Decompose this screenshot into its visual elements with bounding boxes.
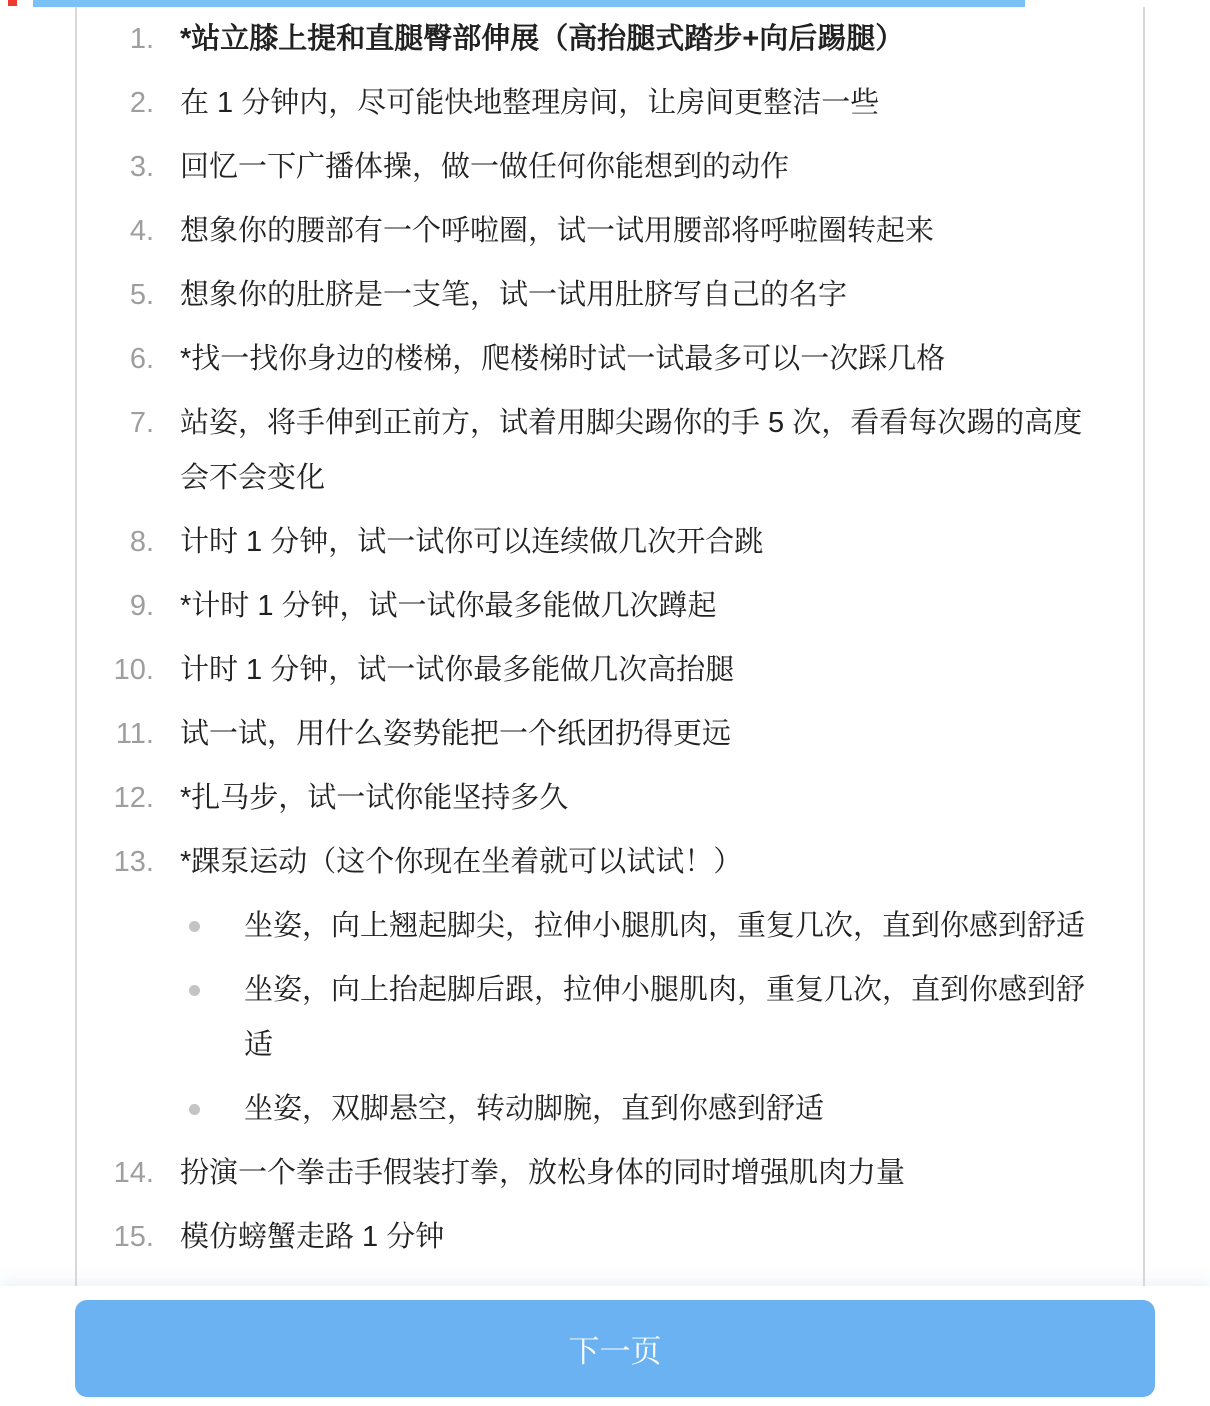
list-item: 3.回忆一下广播体操，做一做任何你能想到的动作: [77, 140, 1143, 195]
item-text: 在 1 分钟内，尽可能快地整理房间，让房间更整洁一些: [180, 76, 1143, 131]
item-text: 模仿螃蟹走路 1 分钟: [180, 1210, 1143, 1265]
item-number: 2.: [77, 76, 180, 131]
bullet-icon: [189, 985, 200, 996]
progress-bar: [33, 0, 1025, 7]
item-text-line: 在 1 分钟内，尽可能快地整理房间，让房间更整洁一些: [180, 76, 1101, 131]
item-text: 站姿，将手伸到正前方，试着用脚尖踢你的手 5 次，看看每次踢的高度会不会变化: [180, 396, 1143, 506]
item-number: 1.: [77, 12, 180, 67]
item-number: 8.: [77, 515, 180, 570]
item-number: 14.: [77, 1146, 180, 1201]
list-item: 5.想象你的肚脐是一支笔，试一试用肚脐写自己的名字: [77, 268, 1143, 323]
item-text-line: 计时 1 分钟，试一试你可以连续做几次开合跳: [180, 515, 1101, 570]
item-number: 13.: [77, 835, 180, 1137]
item-text-line: 想象你的肚脐是一支笔，试一试用肚脐写自己的名字: [180, 268, 1101, 323]
sub-item-text: 坐姿，向上翘起脚尖，拉伸小腿肌肉，重复几次，直到你感到舒适: [244, 899, 1101, 954]
list-item: 14.扮演一个拳击手假装打拳，放松身体的同时增强肌肉力量: [77, 1146, 1143, 1201]
list-item: 7.站姿，将手伸到正前方，试着用脚尖踢你的手 5 次，看看每次踢的高度会不会变化: [77, 396, 1143, 506]
list-item: 8.计时 1 分钟，试一试你可以连续做几次开合跳: [77, 515, 1143, 570]
item-text-line: 回忆一下广播体操，做一做任何你能想到的动作: [180, 140, 1101, 195]
list-item: 9.*计时 1 分钟，试一试你最多能做几次蹲起: [77, 579, 1143, 634]
bullet-column: [180, 899, 244, 954]
item-text-line: 试一试，用什么姿势能把一个纸团扔得更远: [180, 707, 1101, 762]
sub-list-item: 坐姿，双脚悬空，转动脚腕，直到你感到舒适: [180, 1082, 1101, 1137]
list-item: 2.在 1 分钟内，尽可能快地整理房间，让房间更整洁一些: [77, 76, 1143, 131]
footer-bar: 下一页: [0, 1286, 1210, 1406]
list-item: 10.计时 1 分钟，试一试你最多能做几次高抬腿: [77, 643, 1143, 698]
item-text: 试一试，用什么姿势能把一个纸团扔得更远: [180, 707, 1143, 762]
survey-page: 1.*站立膝上提和直腿臀部伸展（高抬腿式踏步+向后踢腿）2.在 1 分钟内，尽可…: [0, 0, 1210, 1406]
item-number: 10.: [77, 643, 180, 698]
item-number: 15.: [77, 1210, 180, 1265]
item-text-line: *计时 1 分钟，试一试你最多能做几次蹲起: [180, 579, 1101, 634]
question-card: 1.*站立膝上提和直腿臀部伸展（高抬腿式踏步+向后踢腿）2.在 1 分钟内，尽可…: [75, 7, 1145, 1406]
item-text-line: 模仿螃蟹走路 1 分钟: [180, 1210, 1101, 1265]
list-item: 11.试一试，用什么姿势能把一个纸团扔得更远: [77, 707, 1143, 762]
corner-progress-mark: [8, 0, 17, 6]
item-text: *计时 1 分钟，试一试你最多能做几次蹲起: [180, 579, 1143, 634]
item-text-line: 想象你的腰部有一个呼啦圈，试一试用腰部将呼啦圈转起来: [180, 204, 1101, 259]
item-text: 回忆一下广播体操，做一做任何你能想到的动作: [180, 140, 1143, 195]
item-number: 9.: [77, 579, 180, 634]
item-text-line: *踝泵运动（这个你现在坐着就可以试试！）: [180, 835, 1101, 890]
item-text: 想象你的肚脐是一支笔，试一试用肚脐写自己的名字: [180, 268, 1143, 323]
sub-list-item: 坐姿，向上翘起脚尖，拉伸小腿肌肉，重复几次，直到你感到舒适: [180, 899, 1101, 954]
item-text-line: 计时 1 分钟，试一试你最多能做几次高抬腿: [180, 643, 1101, 698]
bullet-icon: [189, 1104, 200, 1115]
item-number: 4.: [77, 204, 180, 259]
item-number: 6.: [77, 332, 180, 387]
bullet-column: [180, 963, 244, 1073]
item-text: 想象你的腰部有一个呼啦圈，试一试用腰部将呼啦圈转起来: [180, 204, 1143, 259]
item-text: 计时 1 分钟，试一试你最多能做几次高抬腿: [180, 643, 1143, 698]
item-text-line: 扮演一个拳击手假装打拳，放松身体的同时增强肌肉力量: [180, 1146, 1101, 1201]
item-number: 5.: [77, 268, 180, 323]
list-item: 6.*找一找你身边的楼梯，爬楼梯时试一试最多可以一次踩几格: [77, 332, 1143, 387]
sub-item-text: 坐姿，双脚悬空，转动脚腕，直到你感到舒适: [244, 1082, 1101, 1137]
item-text-line: 站姿，将手伸到正前方，试着用脚尖踢你的手 5 次，看看每次踢的高度会不会变化: [180, 396, 1101, 506]
item-text: *找一找你身边的楼梯，爬楼梯时试一试最多可以一次踩几格: [180, 332, 1143, 387]
bullet-column: [180, 1082, 244, 1137]
bullet-icon: [189, 921, 200, 932]
list-item: 4.想象你的腰部有一个呼啦圈，试一试用腰部将呼啦圈转起来: [77, 204, 1143, 259]
item-number: 7.: [77, 396, 180, 506]
exercise-list: 1.*站立膝上提和直腿臀部伸展（高抬腿式踏步+向后踢腿）2.在 1 分钟内，尽可…: [77, 12, 1143, 1265]
list-item: 1.*站立膝上提和直腿臀部伸展（高抬腿式踏步+向后踢腿）: [77, 12, 1143, 67]
next-page-button[interactable]: 下一页: [75, 1300, 1155, 1397]
item-number: 3.: [77, 140, 180, 195]
item-text-line: *找一找你身边的楼梯，爬楼梯时试一试最多可以一次踩几格: [180, 332, 1101, 387]
sub-list-item: 坐姿，向上抬起脚后跟，拉伸小腿肌肉，重复几次，直到你感到舒适: [180, 963, 1101, 1073]
item-number: 12.: [77, 771, 180, 826]
item-text-line: *站立膝上提和直腿臀部伸展（高抬腿式踏步+向后踢腿）: [180, 12, 1101, 67]
item-text-line: *扎马步，试一试你能坚持多久: [180, 771, 1101, 826]
list-item: 13.*踝泵运动（这个你现在坐着就可以试试！）坐姿，向上翘起脚尖，拉伸小腿肌肉，…: [77, 835, 1143, 1137]
item-number: 11.: [77, 707, 180, 762]
item-text: 计时 1 分钟，试一试你可以连续做几次开合跳: [180, 515, 1143, 570]
list-item: 12.*扎马步，试一试你能坚持多久: [77, 771, 1143, 826]
item-text: *扎马步，试一试你能坚持多久: [180, 771, 1143, 826]
list-item: 15.模仿螃蟹走路 1 分钟: [77, 1210, 1143, 1265]
item-text: *踝泵运动（这个你现在坐着就可以试试！）坐姿，向上翘起脚尖，拉伸小腿肌肉，重复几…: [180, 835, 1143, 1137]
item-text: *站立膝上提和直腿臀部伸展（高抬腿式踏步+向后踢腿）: [180, 12, 1143, 67]
item-text: 扮演一个拳击手假装打拳，放松身体的同时增强肌肉力量: [180, 1146, 1143, 1201]
sub-item-text: 坐姿，向上抬起脚后跟，拉伸小腿肌肉，重复几次，直到你感到舒适: [244, 963, 1101, 1073]
